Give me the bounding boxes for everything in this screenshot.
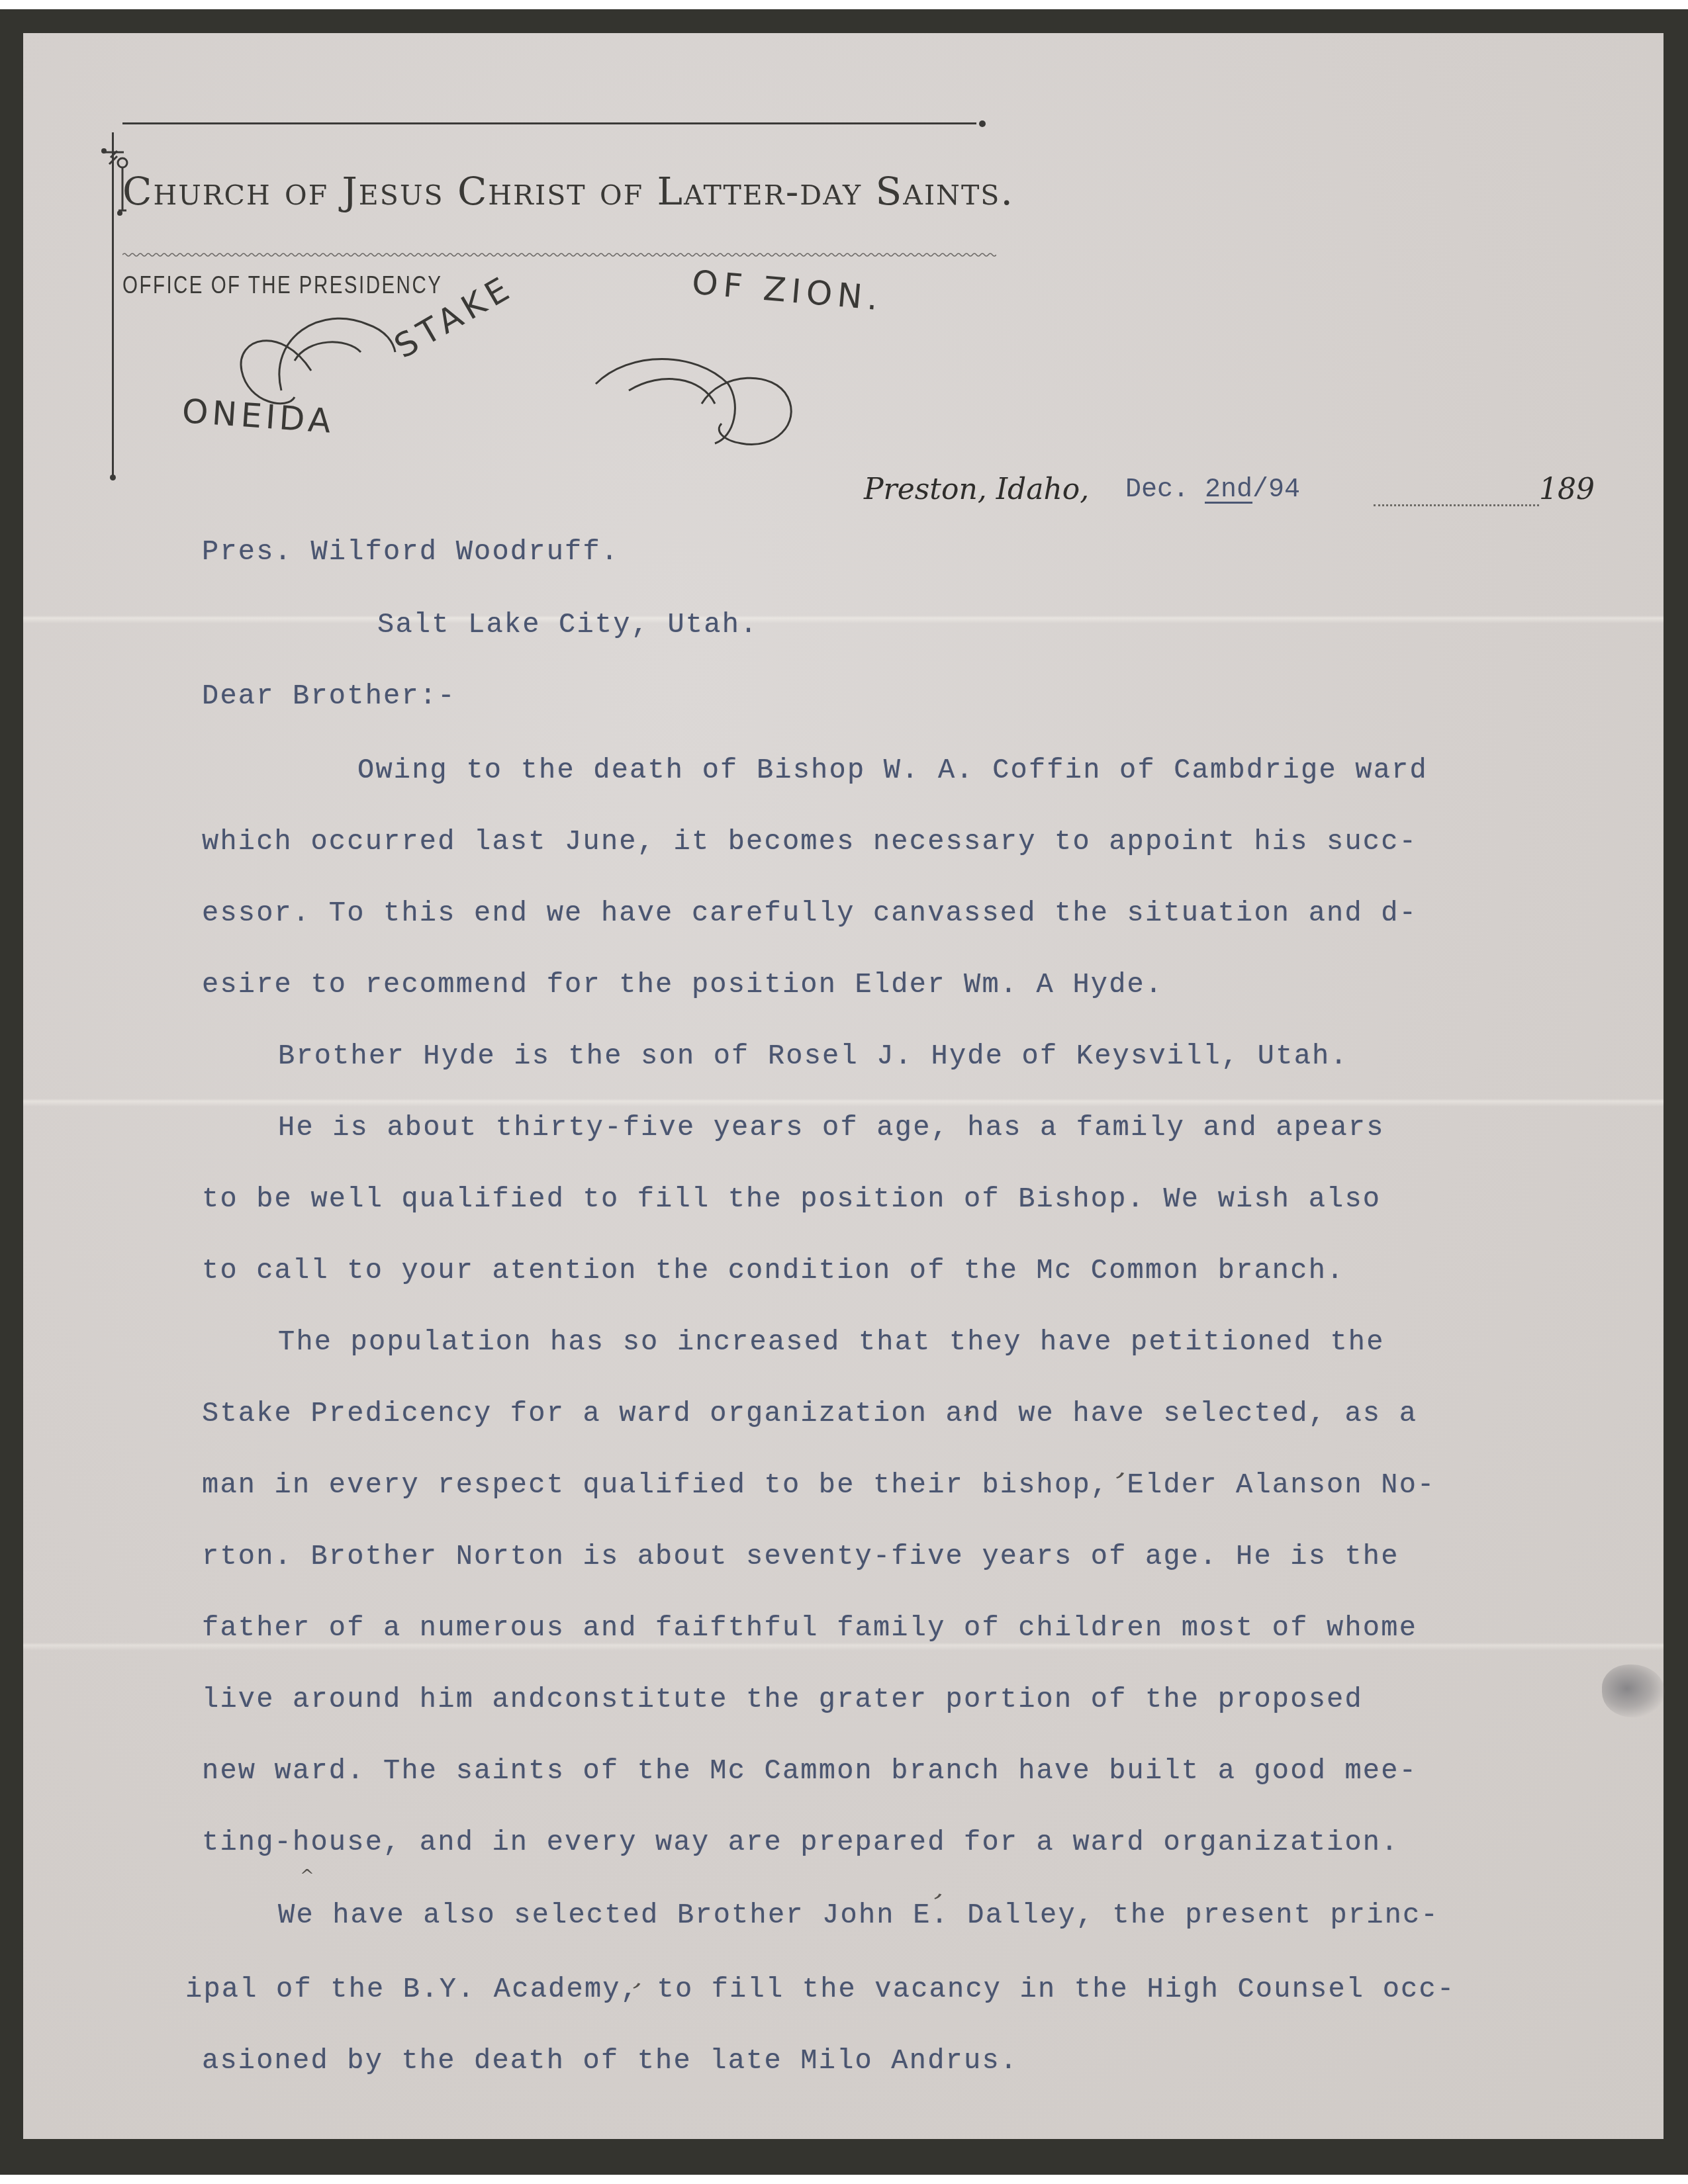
- body-line: to call to your atention the condition o…: [202, 1255, 1344, 1287]
- date-typed: Dec. 2nd/94: [1125, 475, 1300, 505]
- body-line: essor. To this end we have carefully can…: [202, 897, 1417, 929]
- body-line: The population has so increased that the…: [278, 1326, 1385, 1358]
- office-of-presidency-label: OFFICE OF THE PRESIDENCY: [122, 271, 442, 299]
- body-line: new ward. The saints of the Mc Cammon br…: [202, 1755, 1417, 1787]
- body-line: He is about thirty-five years of age, ha…: [278, 1112, 1385, 1144]
- date-month: Dec.: [1125, 475, 1189, 505]
- body-line: Brother Hyde is the son of Rosel J. Hyde…: [278, 1040, 1348, 1072]
- letterhead-top-rule: [122, 122, 976, 124]
- handwritten-caret-mark: ^: [300, 1866, 314, 1886]
- church-name-heading: Church of Jesus Christ of Latter-day Sai…: [122, 169, 1014, 214]
- date-line: Preston, Idaho, Dec. 2nd/94 189: [864, 470, 1566, 523]
- printed-year-prefix: 189: [1539, 473, 1595, 506]
- body-line: ting-house, and in every way are prepare…: [202, 1827, 1399, 1858]
- body-line: which occurred last June, it becomes nec…: [202, 826, 1417, 858]
- body-line: father of a numerous and faifthful famil…: [202, 1612, 1417, 1644]
- body-line: esire to recommend for the position Elde…: [202, 969, 1163, 1001]
- of-zion-word: OF ZION.: [690, 263, 885, 318]
- date-dotted-leader: [1374, 504, 1539, 506]
- date-year: /94: [1252, 475, 1300, 505]
- body-line: live around him andconstitute the grater…: [202, 1684, 1363, 1715]
- city-line: Salt Lake City, Utah.: [377, 609, 759, 641]
- body-line: ipal of the B.Y. Academy, to fill the va…: [185, 1974, 1455, 2005]
- body-line: Owing to the death of Bishop W. A. Coffi…: [357, 754, 1428, 786]
- letterhead-wavy-rule: [122, 251, 996, 258]
- letter-page: Church of Jesus Christ of Latter-day Sai…: [23, 33, 1664, 2139]
- body-line: asioned by the death of the late Milo An…: [202, 2045, 1018, 2077]
- place-script: Preston, Idaho,: [864, 473, 1089, 506]
- body-line: We have also selected Brother John E. Da…: [278, 1899, 1439, 1931]
- ink-smudge: [1602, 1664, 1665, 1717]
- body-line: rton. Brother Norton is about seventy-fi…: [202, 1541, 1399, 1572]
- recipient-line: Pres. Wilford Woodruff.: [202, 536, 619, 568]
- date-day: 2nd: [1205, 475, 1252, 505]
- body-line: Stake Predicency for a ward organization…: [202, 1398, 1417, 1430]
- body-line: to be well qualified to fill the positio…: [202, 1183, 1381, 1215]
- salutation: Dear Brother:-: [202, 680, 456, 712]
- right-flourish-icon: [589, 344, 827, 457]
- body-line: man in every respect qualified to be the…: [202, 1469, 1435, 1501]
